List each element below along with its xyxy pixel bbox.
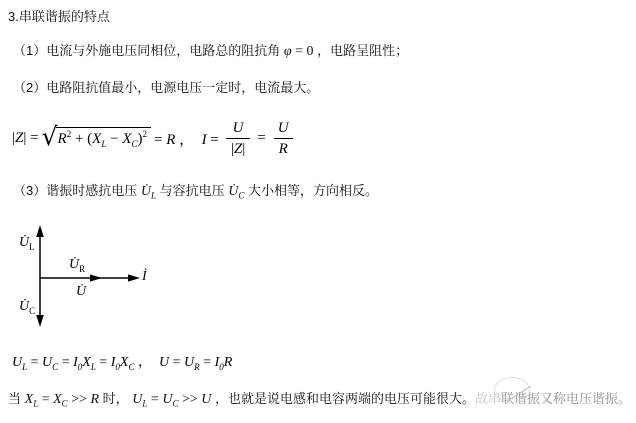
fraction-numerator: U bbox=[273, 119, 294, 138]
arrowhead-ur bbox=[90, 274, 102, 281]
document-page: 3.串联谐振的特点 （1）电流与外施电压同相位，电路总的阻抗角 φ = 0 ，电… bbox=[0, 0, 636, 423]
point-1-text: （1）电流与外施电压同相位，电路总的阻抗角 φ = 0 ，电路呈阻性； bbox=[13, 42, 408, 61]
text-part: = bbox=[257, 130, 265, 146]
fraction-denominator: R bbox=[274, 138, 293, 158]
text-part: R bbox=[224, 355, 233, 370]
arrowhead-down bbox=[36, 315, 44, 327]
text-part: = bbox=[200, 355, 215, 370]
text-part: 时， bbox=[99, 391, 132, 406]
point-3-text: （3）谐振时感抗电压 U̇L 与容抗电压 U̇C 大小相等，方向相反。 bbox=[13, 182, 378, 205]
text-part: = bbox=[207, 132, 219, 148]
text-part: = bbox=[154, 132, 166, 148]
text-part: U bbox=[201, 392, 211, 407]
radicand: R2 + (XL − XC)2 bbox=[56, 127, 151, 151]
label-UL: U̇L bbox=[19, 234, 35, 255]
phasor-symbol: U̇ bbox=[76, 284, 86, 299]
text-part: U bbox=[162, 392, 172, 407]
formula-lhs: |Z| = bbox=[12, 130, 39, 147]
phasor-symbol: U̇ bbox=[19, 299, 29, 314]
text-part: ，电路呈阻性； bbox=[314, 43, 409, 58]
text-part: X bbox=[82, 355, 91, 370]
text-part: U̇ bbox=[141, 184, 151, 199]
label-UC: U̇C bbox=[19, 298, 35, 319]
text-part: + ( bbox=[71, 131, 92, 147]
text-part: （1）电流与外施电压同相位，电路总的阻抗角 bbox=[13, 43, 284, 58]
equals-sign: = bbox=[257, 130, 265, 147]
text-part: U bbox=[184, 355, 194, 370]
text-part: = bbox=[96, 355, 111, 370]
phasor-symbol: İ bbox=[142, 269, 147, 284]
text-part: = bbox=[169, 355, 184, 370]
fraction-denominator: |Z| bbox=[226, 138, 250, 158]
text-part: = 0 bbox=[292, 44, 314, 59]
text-part: 大小相等，方向相反。 bbox=[244, 183, 378, 198]
label-UR: U̇R bbox=[69, 256, 85, 277]
text-part: X bbox=[92, 131, 101, 147]
point-2-text: （2）电路阻抗值最小，电源电压一定时，电流最大。 bbox=[13, 79, 319, 97]
fraction-numerator: U bbox=[228, 119, 249, 138]
text-part: U bbox=[12, 355, 22, 370]
text-part: ，也就是说电感和电容两端的电压可能很大。 bbox=[211, 391, 475, 406]
text-part: ， bbox=[135, 355, 160, 370]
text-part: = bbox=[147, 392, 162, 407]
text-part: | bbox=[242, 141, 245, 157]
phasor-subscript: L bbox=[29, 242, 35, 252]
text-part: X bbox=[25, 392, 34, 407]
text-part: 与容抗电压 bbox=[156, 183, 228, 198]
arrowhead-current bbox=[128, 274, 140, 281]
formula-mid: = R ， I = bbox=[154, 128, 219, 149]
text-part: ， bbox=[175, 132, 201, 148]
text-part: = bbox=[58, 355, 73, 370]
text-part: = bbox=[38, 392, 53, 407]
text-part: = bbox=[26, 130, 38, 146]
phasor-subscript: R bbox=[79, 264, 85, 274]
text-part: U̇ bbox=[228, 184, 238, 199]
label-U: U̇ bbox=[76, 283, 86, 304]
text-part: 2 bbox=[143, 129, 148, 139]
fraction-u-over-r: U R bbox=[273, 119, 294, 158]
phasor-symbol: U̇ bbox=[19, 235, 29, 250]
label-I: İ bbox=[142, 268, 147, 289]
text-part: U bbox=[132, 392, 142, 407]
conclusion-text: 当 XL = XC >> R 时， UL = UC >> U ，也就是说电感和电… bbox=[8, 390, 631, 413]
text-part: >> bbox=[178, 392, 201, 407]
text-part: 当 bbox=[8, 391, 25, 406]
text-part: >> bbox=[68, 392, 91, 407]
impedance-formula: |Z| = √ R2 + (XL − XC)2 = R ， I = U |Z| … bbox=[10, 113, 299, 163]
sqrt-radical: √ R2 + (XL − XC)2 bbox=[42, 126, 151, 151]
text-part: − bbox=[106, 131, 122, 147]
text-part: U bbox=[233, 120, 244, 136]
text-part: X bbox=[53, 392, 62, 407]
text-part: U bbox=[278, 120, 289, 136]
fraction-u-over-z: U |Z| bbox=[226, 119, 250, 158]
phasor-axes-svg bbox=[10, 220, 180, 340]
text-part: （3）谐振时感抗电压 bbox=[13, 183, 141, 198]
text-part: R bbox=[90, 392, 99, 407]
arrowhead-up bbox=[36, 225, 44, 237]
text-part: R bbox=[279, 141, 288, 157]
text-part: U bbox=[159, 355, 169, 370]
text-part: Z bbox=[234, 141, 242, 157]
page-title: 3.串联谐振的特点 bbox=[8, 8, 110, 26]
text-part: （2）电路阻抗值最小，电源电压一定时，电流最大。 bbox=[13, 80, 319, 95]
voltage-relation-formula: UL = UC = I0XL = I0XC ， U = UR = I0R bbox=[12, 351, 232, 372]
text-part: U bbox=[42, 355, 52, 370]
text-part: X bbox=[122, 131, 131, 147]
text-part: R bbox=[58, 131, 67, 147]
phasor-diagram: U̇L U̇C U̇R U̇ İ bbox=[10, 220, 180, 340]
phasor-symbol: U̇ bbox=[69, 257, 79, 272]
text-part: = bbox=[27, 355, 42, 370]
phasor-subscript: C bbox=[29, 306, 35, 316]
text-part: φ bbox=[284, 44, 292, 59]
